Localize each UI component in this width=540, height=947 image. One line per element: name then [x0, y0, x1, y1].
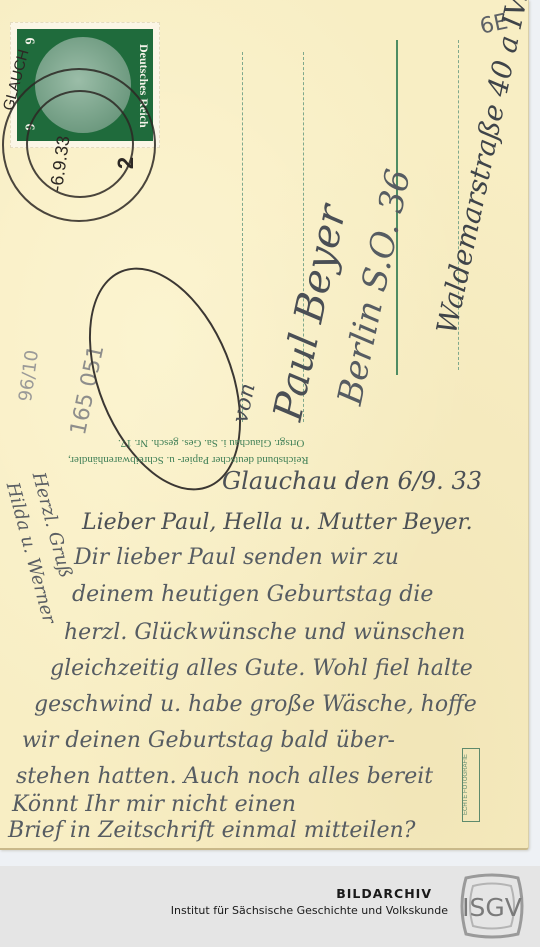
address-street: Waldemarstraße 40 a IV.: [430, 0, 529, 337]
archive-footer: BILDARCHIV Institut für Sächsische Gesch…: [0, 866, 540, 947]
postmark-ring: [2, 68, 156, 222]
footer-subtitle: Institut für Sächsische Geschichte und V…: [171, 904, 448, 917]
postmark-number: 2: [113, 157, 139, 169]
message-line: deinem heutigen Geburtstag die: [72, 582, 433, 607]
archive-number: 96/10: [15, 349, 43, 403]
publisher-text-line1: Reichsbund deutscher Papier- u. Schreibw…: [68, 454, 309, 466]
place-date: Glauchau den 6/9. 33: [222, 467, 482, 495]
message-line: Dir lieber Paul senden wir zu: [74, 545, 399, 570]
message-line: Könnt Ihr mir nicht einen: [12, 792, 296, 817]
footer-title: BILDARCHIV: [336, 886, 432, 901]
logo-text: ISGV: [462, 893, 522, 922]
address-line: [242, 52, 243, 422]
studio-stamp: ECHTE FOTOGRAFIE: [462, 748, 480, 822]
isgv-logo-icon: ISGV: [456, 872, 528, 940]
publisher-text-line2: Ortsgr. Glauchau i. Sa. Ges. gesch. Nr. …: [118, 437, 304, 449]
address-city: Berlin S.O. 36: [330, 166, 419, 409]
postcard: 6 6 Deutsches Reich GLAUCH -6.9.33 2 6E …: [0, 0, 529, 850]
stamp-denomination: 6: [21, 38, 37, 45]
scan-area: 6 6 Deutsches Reich GLAUCH -6.9.33 2 6E …: [0, 0, 540, 866]
postmark-inner-ring: [26, 90, 134, 198]
message-line: wir deinen Geburtstag bald über-: [22, 728, 395, 753]
message-line: Brief in Zeitschrift einmal mitteilen?: [8, 818, 415, 843]
message-line: geschwind u. habe große Wäsche, hoffe: [34, 692, 477, 717]
message-line: herzl. Glückwünsche und wünschen: [64, 620, 465, 645]
message-line: stehen hatten. Auch noch alles bereit: [16, 764, 433, 789]
message-line: Lieber Paul, Hella u. Mutter Beyer.: [82, 510, 473, 535]
message-line: gleichzeitig alles Gute. Wohl fiel halte: [50, 656, 473, 681]
